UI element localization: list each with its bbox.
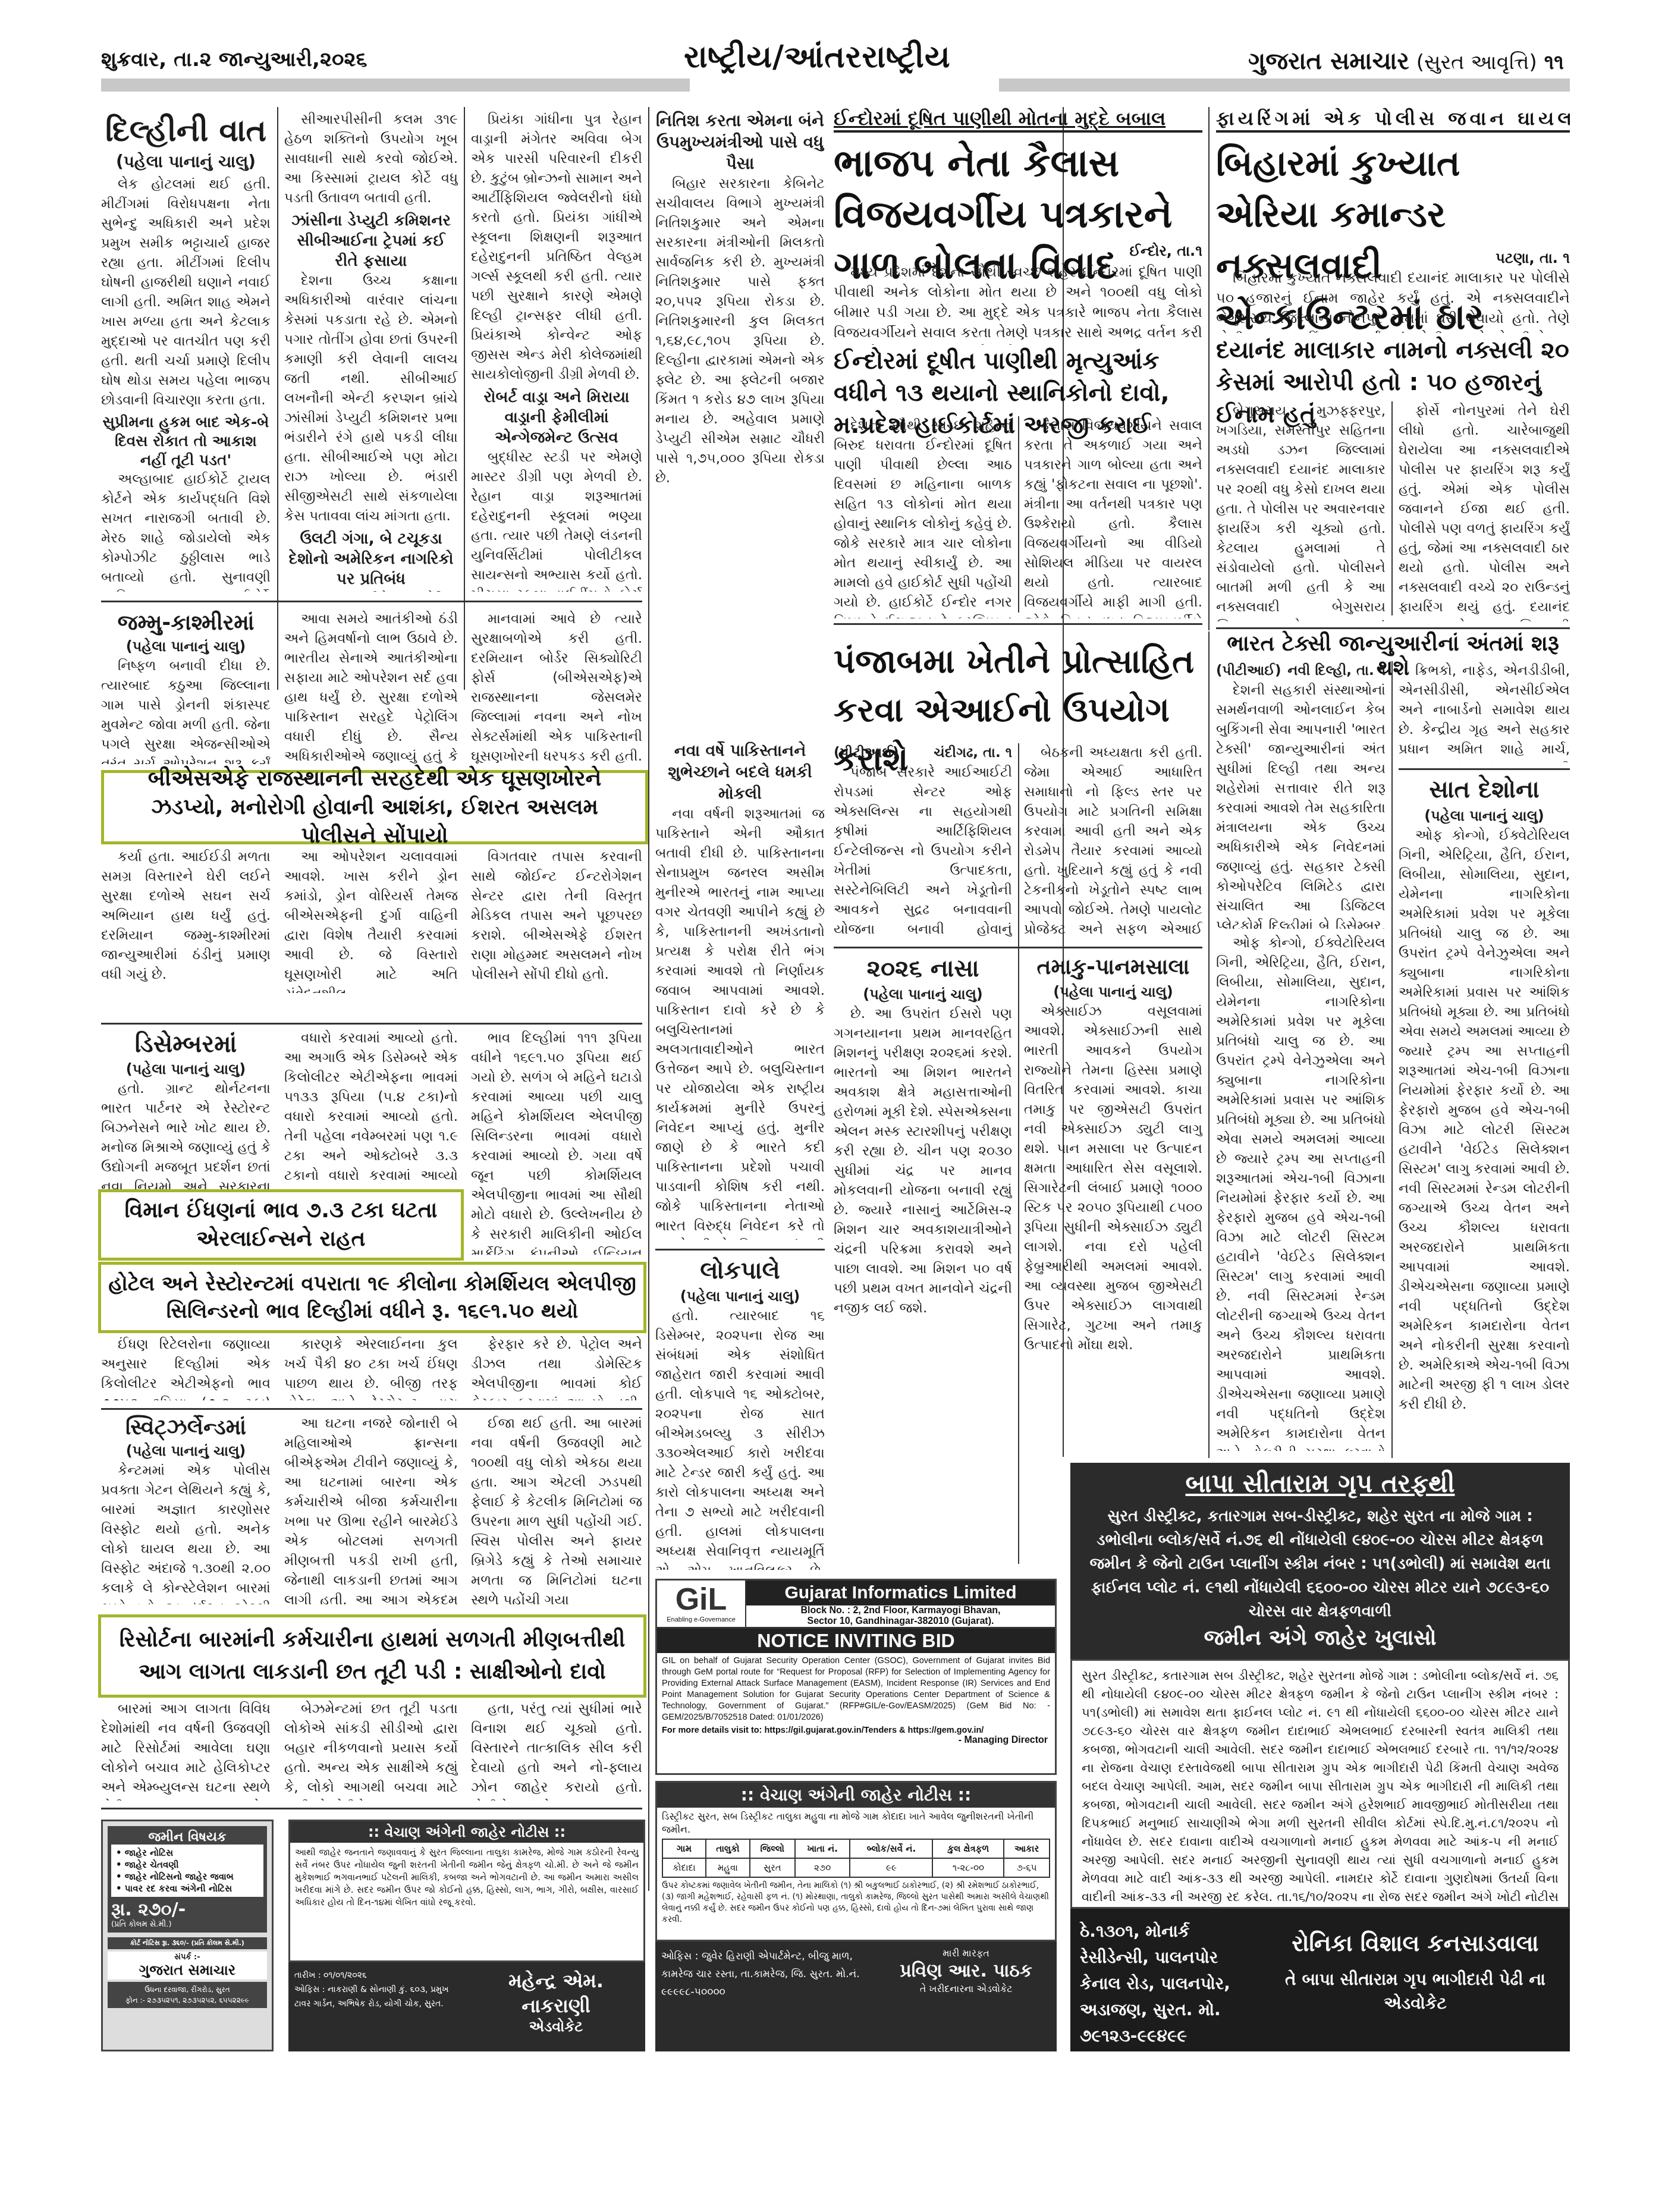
december-body: કારણકે એરલાઈનના કુલ ખર્ચ પૈકી ૪૦ ટકા ખર્…: [284, 1335, 458, 1400]
sale-notice-2-body: આથી જાહેર જનતાને જણાવવાનું કે સુરત જિલ્લ…: [290, 1843, 643, 1912]
delhi-body: સામાન્ય રીતે અમેરિકા વિવિધ દેશોના નાગરિક…: [284, 589, 458, 592]
delhi-body: સીઆરપીસીની કલમ ૩૧૯ હેઠળ શક્તિનો ઉપયોગ ખૂ…: [284, 110, 458, 208]
section-divider: [101, 1023, 642, 1025]
column-rule: [277, 107, 278, 690]
seven-body-continued: ઓફ કોન્ગો, ઈક્વેટોરિયલ ગિની, એરિટ્રિયા, …: [1216, 934, 1386, 1451]
classified-contact: સંપર્ક :- ગુજરાત સમાચાર: [108, 1952, 267, 1980]
table-cell: ૧-૨૮-૦૦: [932, 1858, 1004, 1877]
resort-headline-box: રિસોર્ટના બારમાંની કર્મચારીના હાથમાં સળગ…: [98, 1614, 646, 1698]
column-rule: [1208, 631, 1210, 1458]
taxi-dateline: (પીટીઆઈ) નવી દિલ્હી, તા. ૧: [1216, 661, 1386, 681]
section-divider: [1399, 768, 1570, 770]
advocate-role: તે ખરીદનારના એડવોકેટ: [881, 1983, 1051, 1995]
seven-kicker: સાત દેશોના: [1399, 773, 1570, 806]
jammu-continued: (પહેલા પાનાનું ચાલુ): [101, 637, 271, 656]
tobacco-kicker: તમાકુ-પાનમસાલા: [1024, 953, 1202, 982]
sale-notice-body: ઉપર કોષ્ટકમાં જણાવેલ ખેતીની જમીન, તેના મ…: [657, 1878, 1055, 1928]
table-row: કોદાદા મહુવા સુરત ૨૭૦ ૯૯ ૧-૨૮-૦૦ ૭-૬૫: [662, 1858, 1050, 1877]
jammu-body: નિષ્ફળ બનાવી દીધા છે. ત્યારબાદ કઠુઆ જિલ્…: [101, 656, 271, 764]
december-column-3: ભાવ દિલ્હીમાં ૧૧૧ રૂપિયા વધીને ૧૬૯૧.૫૦ ર…: [471, 1029, 642, 1255]
delhi-body: અલ્હાબાદ હાઈકોર્ટે ટ્રાયલ કોર્ટને એક કાર…: [101, 470, 271, 592]
sale-notice-title: :: વેચાણ અંગેની જાહેર નોટીસ ::: [657, 1783, 1055, 1808]
gil-tagline: Enabling e-Governance: [659, 1616, 743, 1623]
nasa-continued: (પહેલા પાનાનું ચાલુ): [834, 985, 1012, 1004]
column-rule: [1391, 661, 1393, 1458]
delhi-column-3: પ્રિયંકા ગાંધીના પુત્ર રેહાન વાડ્રાની મં…: [471, 110, 642, 592]
bihar-column-2: ફોર્સે નોનપુરમાં તેને ઘેરી લીધો હતો. ચાર…: [1399, 401, 1570, 621]
bsf-headline: બીએસએફે રાજસ્થાનની સરહદેથી એક ઘૂસણખોરને …: [104, 765, 645, 850]
classified-rates-ad: જમીન વિષયક • જાહેર નોટિસ • જાહેર ચેતવણી …: [101, 1820, 274, 2051]
delhi-body: દેશના ઉચ્ચ કક્ષાના અધિકારીઓ વારંવાર લાંચ…: [284, 271, 458, 526]
delhi-body: બિહાર સરકારના કેબિનેટ સચીવાલય વિભાગે મુખ…: [655, 174, 825, 488]
table-header: ગામ: [662, 1839, 706, 1858]
table-cell: ૭-૬૫: [1004, 1858, 1050, 1877]
lpg-headline: હોટેલ અને રેસ્ટોરન્ટમાં વપરાતા ૧૯ કીલોના…: [101, 1270, 643, 1325]
jammu-body: માનવામાં આવે છે ત્યારે સુરક્ષાબળોએ કરી હ…: [471, 609, 642, 764]
classified-item: • પાવર રદ કરવા અંગેની નોટિસ: [116, 1883, 259, 1894]
classified-price-unit: (પ્રતિ કોલમ સે.મી.): [111, 1920, 263, 1929]
resort-column-2: બેઝમેન્ટમાં છત તૂટી પડતા લોકોએ સાંકડી સી…: [284, 1699, 458, 1801]
bapa-notice-footer: ઠે.૧૩૦૧, મોનાર્ક રેસીડેન્સી, પાલનપોર કેન…: [1070, 1909, 1570, 2051]
sale-notice-kodada-footer: ઓફિસ : જુવેર હિરાણી એપાર્ટમેન્ટ, બીજુ મા…: [655, 1941, 1057, 2051]
bihar-body: બેગુસરાય, મુઝફ્ફરપુર, ખગડિયા, સમસ્તીપુર …: [1216, 401, 1386, 621]
table-header: બ્લોક/સર્વે નં.: [850, 1839, 932, 1858]
classified-address: ઉધના દરવાજા, રીંગરોડ, સુરત: [110, 1984, 265, 1995]
classified-inner: જમીન વિષયક • જાહેર નોટિસ • જાહેર ચેતવણી …: [108, 1826, 267, 1933]
swiss-body: કેન્ટમમાં એક પોલીસ પ્રવક્તા ગેટન લેથિયને…: [101, 1461, 271, 1604]
resort-body: બારમાં આગ લાગતા વિવિધ દેશોમાંથી નવ વર્ષન…: [101, 1699, 271, 1801]
gil-header: GiL Enabling e-Governance Gujarat Inform…: [657, 1581, 1055, 1629]
swiss-column-3: ઈજા થઈ હતી. આ બારમાં નવા વર્ષની ઉજવણી મા…: [471, 1414, 642, 1604]
delhi-subhead: ઉલટી ગંગા, બે ટચૂકડા દેશોનો અમેરિકન નાગર…: [284, 529, 458, 589]
bihar-body: ફોર્સે નોનપુરમાં તેને ઘેરી લીધો હતો. ચાર…: [1399, 401, 1570, 621]
december-kicker: ડિસેમ્બરમાં: [101, 1029, 271, 1060]
sale-notice-intro: ડિસ્ટ્રીકટ સુરત, સબ ડિસ્ટ્રીકટ તાલુકા મહ…: [657, 1808, 1055, 1839]
atf-headline: વિમાન ઈંધણનાં ભાવ ૭.૩ ટકા ઘટતા એરલાઈન્સન…: [101, 1196, 461, 1253]
december-column-5: કારણકે એરલાઈનના કુલ ખર્ચ પૈકી ૪૦ ટકા ખર્…: [284, 1335, 458, 1400]
classified-address-block: ઉધના દરવાજા, રીંગરોડ, સુરત ફોન :- ૨૭૩૫૨૫…: [108, 1982, 267, 2008]
indore-body: દેશના સૌથી સ્વચ્છ શહેરનું બિરુદ ધરાવતા ઈ…: [834, 416, 1012, 618]
seven-countries-column: સાત દેશોના (પહેલા પાનાનું ચાલુ) ઓફ કોન્ગ…: [1399, 773, 1570, 1451]
indore-kicker: ઈન્દોરમાં દૂષિત પાણીથી મોતના મુદ્દે બબાલ: [834, 107, 1202, 133]
delhi-subhead: ઝાંસીના ડેપ્યુટી કમિશનર સીબીઆઈના ટ્રેપમા…: [284, 210, 458, 271]
seven-body: ઓફ કોન્ગો, ઈક્વેટોરિયલ ગિની, એરિટ્રિયા, …: [1399, 826, 1570, 1415]
december-column-1: ડિસેમ્બરમાં (પહેલા પાનાનું ચાલુ) હતો. ગ્…: [101, 1029, 271, 1189]
bapa-notice-body: સુરત ડીસ્ટ્રીક્ટ, કતારગામ સબ ડીસ્ટ્રીક્ટ…: [1070, 1659, 1570, 1909]
section-divider: [101, 601, 642, 602]
table-header: જિલ્લો: [750, 1839, 795, 1858]
classified-brand: ગુજરાત સમાચાર: [109, 1962, 266, 1978]
jammu-column-4: કર્યા હતા. આઈઈડી મળતા સમગ્ર વિસ્તારને ઘે…: [101, 847, 271, 993]
seven-continued: (પહેલા પાનાનું ચાલુ): [1399, 806, 1570, 826]
indore-dateline: ઈન્દોર, તા.૧: [834, 243, 1202, 259]
resort-headline: રિસોર્ટના બારમાંની કર્મચારીના હાથમાં સળગ…: [101, 1624, 643, 1688]
delhi-body: બુદ્ધીસ્ટ સ્ટડી પર એમણે માસ્ટર ડીગ્રી પણ…: [471, 448, 642, 592]
nasa-column: ૨૦૨૬ નાસા (પહેલા પાનાનું ચાલુ) છે. આ ઉપર…: [834, 953, 1012, 1571]
jammu-body: આ ઓપરેશન ચલાવવામાં આવશે. ખાસ કરીને ડ્રોન…: [284, 847, 458, 993]
sale-notice-2-date: તારીખ : ૦૧/૦૧/૨૦૨૬: [294, 1968, 467, 1982]
sale-notice-office: ઓફિસ : જુવેર હિરાણી એપાર્ટમેન્ટ, બીજુ મા…: [661, 1947, 875, 2046]
nasa-kicker: ૨૦૨૬ નાસા: [834, 953, 1012, 985]
header-bar-right: [999, 78, 1570, 92]
bapa-advocate-name: રોનિકા વિશાલ કનસાડવાલા: [1270, 1930, 1560, 1957]
swiss-column-1: સ્વિટ્ઝર્લેન્ડમાં (પહેલા પાનાનું ચાલુ) ક…: [101, 1414, 271, 1604]
gil-address-2: Sector 10, Gandhinagar-382010 (Gujarat).: [746, 1616, 1055, 1627]
indore-body: કૈલાસ વિજયવર્ગીયને સવાલ કરતા તે અકળાઈ ગય…: [1024, 416, 1202, 618]
pakistan-body: નવા વર્ષની શરૂઆતમાં જ પાકિસ્તાને એની ઔકા…: [655, 805, 825, 1240]
december-body: ભાવ દિલ્હીમાં ૧૧૧ રૂપિયા વધીને ૧૬૯૧.૫૦ ર…: [471, 1029, 642, 1255]
masthead-paper: ગુજરાત સમાચાર (સુરત આવૃત્તિ) ૧૧: [1248, 48, 1564, 75]
gil-notice-title: NOTICE INVITING BID: [657, 1629, 1055, 1653]
sale-notice-kathor-footer: તારીખ : ૦૧/૦૧/૨૦૨૬ ઓફિસ : નાકરાણી & સોના…: [288, 1962, 645, 2051]
bihar-lede-text: બિહારમાં કુખ્યાત નક્સલવાદી દયાનંદ માલાકા…: [1216, 268, 1570, 333]
jammu-body: કર્યા હતા. આઈઈડી મળતા સમગ્ર વિસ્તારને ઘે…: [101, 847, 271, 985]
indore-lede-text: મધ્ય પ્રદેશમાં દેશના સૌથી સ્વચ્છ શહેર ઈન…: [834, 262, 1202, 345]
lokpal-continued: (પહેલા પાનાનું ચાલુ): [655, 1287, 825, 1306]
section-title: રાષ્ટ્રીય/આંતરરાષ્ટ્રીય: [684, 39, 951, 76]
sale-notice-2-meta: તારીખ : ૦૧/૦૧/૨૦૨૬ ઓફિસ : નાકરાણી & સોના…: [294, 1968, 467, 2046]
advocate-name: પ્રવિણ આર. પાઠક: [881, 1959, 1051, 1983]
jammu-body: વિગતવાર તપાસ કરવાની સાથે જોઈન્ટ ઈન્ટરોગે…: [471, 847, 642, 985]
delhi-subhead: રોબર્ટ વાડ્રા અને મિરાયા વાડ્રાની ફેમીલી…: [471, 387, 642, 448]
indore-lede: મધ્ય પ્રદેશમાં દેશના સૌથી સ્વચ્છ શહેર ઈન…: [834, 262, 1202, 345]
jammu-column-6: વિગતવાર તપાસ કરવાની સાથે જોઈન્ટ ઈન્ટરોગે…: [471, 847, 642, 993]
advocate-name: મહેન્દ્ર એમ. નાકરાણી: [473, 1968, 639, 2018]
column-rule: [1208, 107, 1210, 630]
tobacco-body: એક્સાઈઝ વસૂલવામાં આવશે. એક્સાઈઝની સાથે ભ…: [1024, 1002, 1202, 1355]
gil-company-name: Gujarat Informatics Limited: [746, 1581, 1055, 1605]
jammu-body: આવા સમયે આતંકીઓ ઠંડી અને હિમવર્ષાનો લાભ …: [284, 609, 458, 764]
december-column-2: વધારો કરવામાં આવ્યો હતો. આ અગાઉ એક ડિસેમ…: [284, 1029, 458, 1183]
classified-contact-label: સંપર્ક :-: [109, 1953, 266, 1962]
sale-notice-2-signatory: મહેન્દ્ર એમ. નાકરાણી એડવોકેટ: [473, 1968, 639, 2046]
column-rule: [464, 107, 465, 690]
indore-column-2: કૈલાસ વિજયવર્ગીયને સવાલ કરતા તે અકળાઈ ગય…: [1024, 416, 1202, 618]
table-header: આકાર: [1004, 1839, 1050, 1858]
table-header: કુલ ક્ષેત્રફળ: [932, 1839, 1004, 1858]
table-header: ખાતા નં.: [795, 1839, 850, 1858]
taxi-city: નવી દિલ્હી, તા. ૧: [1287, 661, 1386, 681]
december-continued: (પહેલા પાનાનું ચાલુ): [101, 1060, 271, 1079]
jammu-column-1: જમ્મુ-કાશ્મીરમાં (પહેલા પાનાનું ચાલુ) નિ…: [101, 609, 271, 764]
delhi-body: પ્રિયંકા ગાંધીના પુત્ર રેહાન વાડ્રાની મં…: [471, 110, 642, 385]
lokpal-body: હતો. ત્યારબાદ ૧૬ ડિસેમ્બર, ૨૦૨૫ના રોજ આ …: [655, 1306, 825, 1570]
taxi-body: દેશની સહકારી સંસ્થાઓનાં સમર્થનવાળી ઓનલાઈ…: [1216, 681, 1386, 929]
swiss-body: ઈજા થઈ હતી. આ બારમાં નવા વર્ષની ઉજવણી મા…: [471, 1414, 642, 1604]
table-cell: સુરત: [750, 1858, 795, 1877]
delhi-continued: (પહેલા પાનાનું ચાલુ): [101, 152, 271, 171]
paper-name: ગુજરાત સમાચાર: [1248, 48, 1409, 75]
classified-item: • જાહેર ચેતવણી: [116, 1859, 259, 1871]
punjab-body: બેઠકની અધ્યક્ષતા કરી હતી. જેમા એઆઈ આધારિ…: [1024, 743, 1202, 940]
gil-body: GIL on behalf of Gujarat Security Operat…: [657, 1653, 1055, 1726]
swiss-column-2: આ ઘટના નજરે જોનારી બે મહિલાઓએ ફ્રાન્સના …: [284, 1414, 458, 1604]
swiss-kicker: સ્વિટ્ઝર્લેન્ડમાં: [101, 1414, 271, 1441]
nasa-body: છે. આ ઉપરાંત ઈસરો પણ ગગનયાનના પ્રથમ માનવ…: [834, 1004, 1012, 1318]
bapa-title: જમીન અંગે જાહેર ખુલાસો: [1080, 1626, 1560, 1651]
jammu-kicker: જમ્મુ-કાશ્મીરમાં: [101, 609, 271, 637]
taxi-column-1: (પીટીઆઈ) નવી દિલ્હી, તા. ૧ દેશની સહકારી …: [1216, 661, 1386, 929]
table-header: તાલુકો: [706, 1839, 750, 1858]
section-divider: [655, 1249, 825, 1250]
december-body: ઈંધણ રિટેલરોના જણાવ્યા અનુસાર દિલ્હીમાં …: [101, 1335, 271, 1400]
bapa-signatory: રોનિકા વિશાલ કનસાડવાલા તે બાપા સીતારામ ગ…: [1270, 1918, 1560, 2042]
pakistan-column: નવા વર્ષે પાકિસ્તાનને શુભેચ્છાને બદલે ધમ…: [655, 740, 825, 1240]
tobacco-continued: (પહેલા પાનાનું ચાલુ): [1024, 982, 1202, 1002]
section-divider: [1216, 627, 1570, 629]
classified-court-rate: કોર્ટ નોટિસ રૂા. ૩૬૦/- (પ્રતિ કોલમ સે.મી…: [108, 1937, 267, 1949]
december-column-6: ફેરફાર કરે છે. પેટ્રોલ અને ડીઝલ તથા ડોમે…: [471, 1335, 642, 1400]
bapa-group-title: બાપા સીતારામ ગૃપ તરફથી: [1080, 1469, 1560, 1498]
land-table-wrap: ગામ તાલુકો જિલ્લો ખાતા નં. બ્લોક/સર્વે ન…: [657, 1839, 1055, 1878]
taxi-column-3: ઓફ કોન્ગો, ઈક્વેટોરિયલ ગિની, એરિટ્રિયા, …: [1216, 934, 1386, 1451]
classified-items: • જાહેર નોટિસ • જાહેર ચેતવણી • જાહેર નોટ…: [111, 1845, 263, 1897]
bapa-address: ઠે.૧૩૦૧, મોનાર્ક રેસીડેન્સી, પાલનપોર કેન…: [1080, 1918, 1258, 2042]
resort-body: હતા, પરંતુ ત્યાં સુધીમાં ભારે વિનાશ થઈ ચ…: [471, 1699, 642, 1801]
swiss-continued: (પહેલા પાનાનું ચાલુ): [101, 1441, 271, 1461]
delhi-kicker: દિલ્હીની વાત: [101, 110, 271, 152]
column-rule: [648, 107, 649, 1891]
advocate-role: એડવોકેટ: [473, 2018, 639, 2035]
section-divider: [834, 623, 1202, 625]
table-cell: ૯૯: [850, 1858, 932, 1877]
lokpal-kicker: લોકપાલે: [655, 1255, 825, 1287]
table-cell: મહુવા: [706, 1858, 750, 1877]
lpg-headline-box: હોટેલ અને રેસ્ટોરન્ટમાં વપરાતા ૧૯ કીલોના…: [98, 1262, 646, 1333]
section-divider: [834, 947, 1202, 948]
december-column-4: ઈંધણ રિટેલરોના જણાવ્યા અનુસાર દિલ્હીમાં …: [101, 1335, 271, 1400]
bapa-body-text: સુરત ડીસ્ટ્રીક્ટ, કતારગામ સબ ડીસ્ટ્રીક્ટ…: [1082, 1667, 1559, 1909]
taxi-column-2: ક્રિભકો, નાફેડ, એનડીડીબી, એનસીડીસી, એનસી…: [1399, 661, 1570, 762]
edition-label: (સુરત આવૃત્તિ): [1416, 51, 1537, 74]
gil-company-block: Gujarat Informatics Limited Block No. : …: [746, 1581, 1055, 1627]
resort-column-3: હતા, પરંતુ ત્યાં સુધીમાં ભારે વિનાશ થઈ ચ…: [471, 1699, 642, 1801]
resort-column-1: બારમાં આગ લાગતા વિવિધ દેશોમાંથી નવ વર્ષન…: [101, 1699, 271, 1801]
sale-notice-signatory: મારી મારફત પ્રવિણ આર. પાઠક તે ખરીદનારના …: [881, 1947, 1051, 2046]
header-bar-left: [101, 78, 690, 92]
gil-more-link[interactable]: For more details visit to: https://gil.g…: [657, 1726, 1055, 1735]
taxi-body: ક્રિભકો, નાફેડ, એનડીડીબી, એનસીડીસી, એનસી…: [1399, 661, 1570, 762]
gil-logo-icon: GiL: [659, 1583, 743, 1616]
column-rule: [1391, 401, 1393, 615]
delhi-column-1: દિલ્હીની વાત (પહેલા પાનાનું ચાલુ) લેક હો…: [101, 110, 271, 592]
delhi-body: લેક હોટલમાં થઈ હતી. મીટીંગમાં વિરોધપક્ષન…: [101, 175, 271, 410]
punjab-dateline: (પીટીઆઈ) ચંદીગઢ, તા. ૧: [834, 743, 1012, 763]
bihar-dateline: પટણા, તા. ૧: [1216, 250, 1570, 266]
column-rule: [1018, 416, 1019, 612]
jammu-column-5: આ ઓપરેશન ચલાવવામાં આવશે. ખાસ કરીને ડ્રોન…: [284, 847, 458, 993]
resort-body: બેઝમેન્ટમાં છત તૂટી પડતા લોકોએ સાંકડી સી…: [284, 1699, 458, 1801]
lokpal-column: લોકપાલે (પહેલા પાનાનું ચાલુ) હતો. ત્યારબ…: [655, 1255, 825, 1570]
december-body: વધારો કરવામાં આવ્યો હતો. આ અગાઉ એક ડિસેમ…: [284, 1029, 458, 1183]
bapa-header-text: સુરત ડીસ્ટ્રીક્ટ, કતારગામ સબ-ડીસ્ટ્રીક્ટ…: [1080, 1504, 1560, 1623]
table-cell: કોદાદા: [662, 1858, 706, 1877]
punjab-column-1: (પીટીઆઈ) ચંદીગઢ, તા. ૧ પંજાબ સરકારે આઈઆઈ…: [834, 743, 1012, 940]
bihar-kicker: ફાયરિંગમાં એક પોલીસ જવાન ઘાયલ: [1216, 107, 1570, 133]
jammu-column-2: આવા સમયે આતંકીઓ ઠંડી અને હિમવર્ષાનો લાભ …: [284, 609, 458, 764]
taxi-agency: (પીટીઆઈ): [1216, 661, 1281, 681]
classified-item: • જાહેર નોટિસ: [116, 1847, 259, 1859]
bihar-lede: બિહારમાં કુખ્યાત નક્સલવાદી દયાનંદ માલાકા…: [1216, 268, 1570, 333]
bapa-notice-header: બાપા સીતારામ ગૃપ તરફથી સુરત ડીસ્ટ્રીક્ટ,…: [1070, 1463, 1570, 1659]
sale-notice-2-office: ઓફિસ : નાકરાણી & સોનાણી કું. ૬૦૩, પ્રમુખ…: [294, 1982, 467, 2011]
land-details-table: ગામ તાલુકો જિલ્લો ખાતા નં. બ્લોક/સર્વે ન…: [662, 1839, 1050, 1878]
sale-notice-2-title: :: વેચાણ અંગેની જાહેર નોટીસ ::: [290, 1821, 643, 1843]
punjab-column-2: બેઠકની અધ્યક્ષતા કરી હતી. જેમા એઆઈ આધારિ…: [1024, 743, 1202, 940]
gil-address-1: Block No. : 2, 2nd Floor, Karmayogi Bhav…: [746, 1605, 1055, 1616]
swiss-body: આ ઘટના નજરે જોનારી બે મહિલાઓએ ફ્રાન્સના …: [284, 1414, 458, 1604]
classified-phone: ફોન :- ૨૭૩૫૨૫૧, ૨૭૩૫૨૫૨, ૬૫૫૨૨૯૯: [110, 1995, 265, 2006]
december-body: હતો. ગ્રાન્ટ થોર્નટનના ભારત પાર્ટનર એ રે…: [101, 1079, 271, 1189]
gil-notice-ad: GiL Enabling e-Governance Gujarat Inform…: [655, 1579, 1057, 1775]
section-divider: [101, 1808, 642, 1809]
column-rule: [1018, 743, 1019, 1564]
delhi-subhead: સુપ્રીમના હુકમ બાદ એક-બે દિવસ રોકાત તો આ…: [101, 413, 271, 470]
punjab-city: ચંદીગઢ, તા. ૧: [934, 743, 1012, 763]
classified-heading: જમીન વિષયક: [111, 1830, 263, 1845]
delhi-column-2: સીઆરપીસીની કલમ ૩૧૯ હેઠળ શક્તિનો ઉપયોગ ખૂ…: [284, 110, 458, 592]
classified-item: • જાહેર નોટિસનો જાહેર જવાબ: [116, 1871, 259, 1883]
masthead-date: શુક્રવાર, તા.૨ જાન્યુઆરી,૨૦૨૬: [101, 48, 367, 71]
bsf-headline-box: બીએસએફે રાજસ્થાનની સરહદેથી એક ઘૂસણખોરને …: [101, 770, 648, 844]
classified-price: રૂા. ૨૭૦/-: [111, 1899, 263, 1920]
december-body: ફેરફાર કરે છે. પેટ્રોલ અને ડીઝલ તથા ડોમે…: [471, 1335, 642, 1400]
sale-notice-kodada: :: વેચાણ અંગેની જાહેર નોટીસ :: ડિસ્ટ્રીક…: [655, 1781, 1057, 1941]
delhi-subhead: નિતિશ કરતા એમના બંને ઉપમુખ્યમંત્રીઓ પાસે…: [655, 110, 825, 174]
bapa-advocate-role: તે બાપા સીતારામ ગૃપ ભાગીદારી પેઢી ના એડવ…: [1270, 1968, 1560, 2015]
bihar-column-1: બેગુસરાય, મુઝફ્ફરપુર, ખગડિયા, સમસ્તીપુર …: [1216, 401, 1386, 621]
atf-headline-box: વિમાન ઈંધણનાં ભાવ ૭.૩ ટકા ઘટતા એરલાઈન્સન…: [98, 1189, 464, 1261]
punjab-body: પંજાબ સરકારે આઈઆઈટી રોપડમાં સેન્ટર ઓફ એક…: [834, 763, 1012, 940]
sale-notice-kathor: :: વેચાણ અંગેની જાહેર નોટીસ :: આથી જાહેર…: [288, 1820, 645, 1962]
punjab-agency: (પીટીઆઈ): [834, 743, 899, 763]
section-divider: [101, 1408, 642, 1410]
delhi-column-4: નિતિશ કરતા એમના બંને ઉપમુખ્યમંત્રીઓ પાસે…: [655, 110, 825, 734]
jammu-column-3: માનવામાં આવે છે ત્યારે સુરક્ષાબળોએ કરી હ…: [471, 609, 642, 764]
gil-signature: - Managing Director: [657, 1735, 1055, 1746]
page-number: ૧૧: [1544, 51, 1564, 74]
gil-logo: GiL Enabling e-Governance: [657, 1581, 746, 1627]
indore-column-1: દેશના સૌથી સ્વચ્છ શહેરનું બિરુદ ધરાવતા ઈ…: [834, 416, 1012, 618]
table-cell: ૨૭૦: [795, 1858, 850, 1877]
sign-label: મારી મારફત: [881, 1947, 1051, 1959]
pakistan-subhead: નવા વર્ષે પાકિસ્તાનને શુભેચ્છાને બદલે ધમ…: [655, 740, 825, 805]
